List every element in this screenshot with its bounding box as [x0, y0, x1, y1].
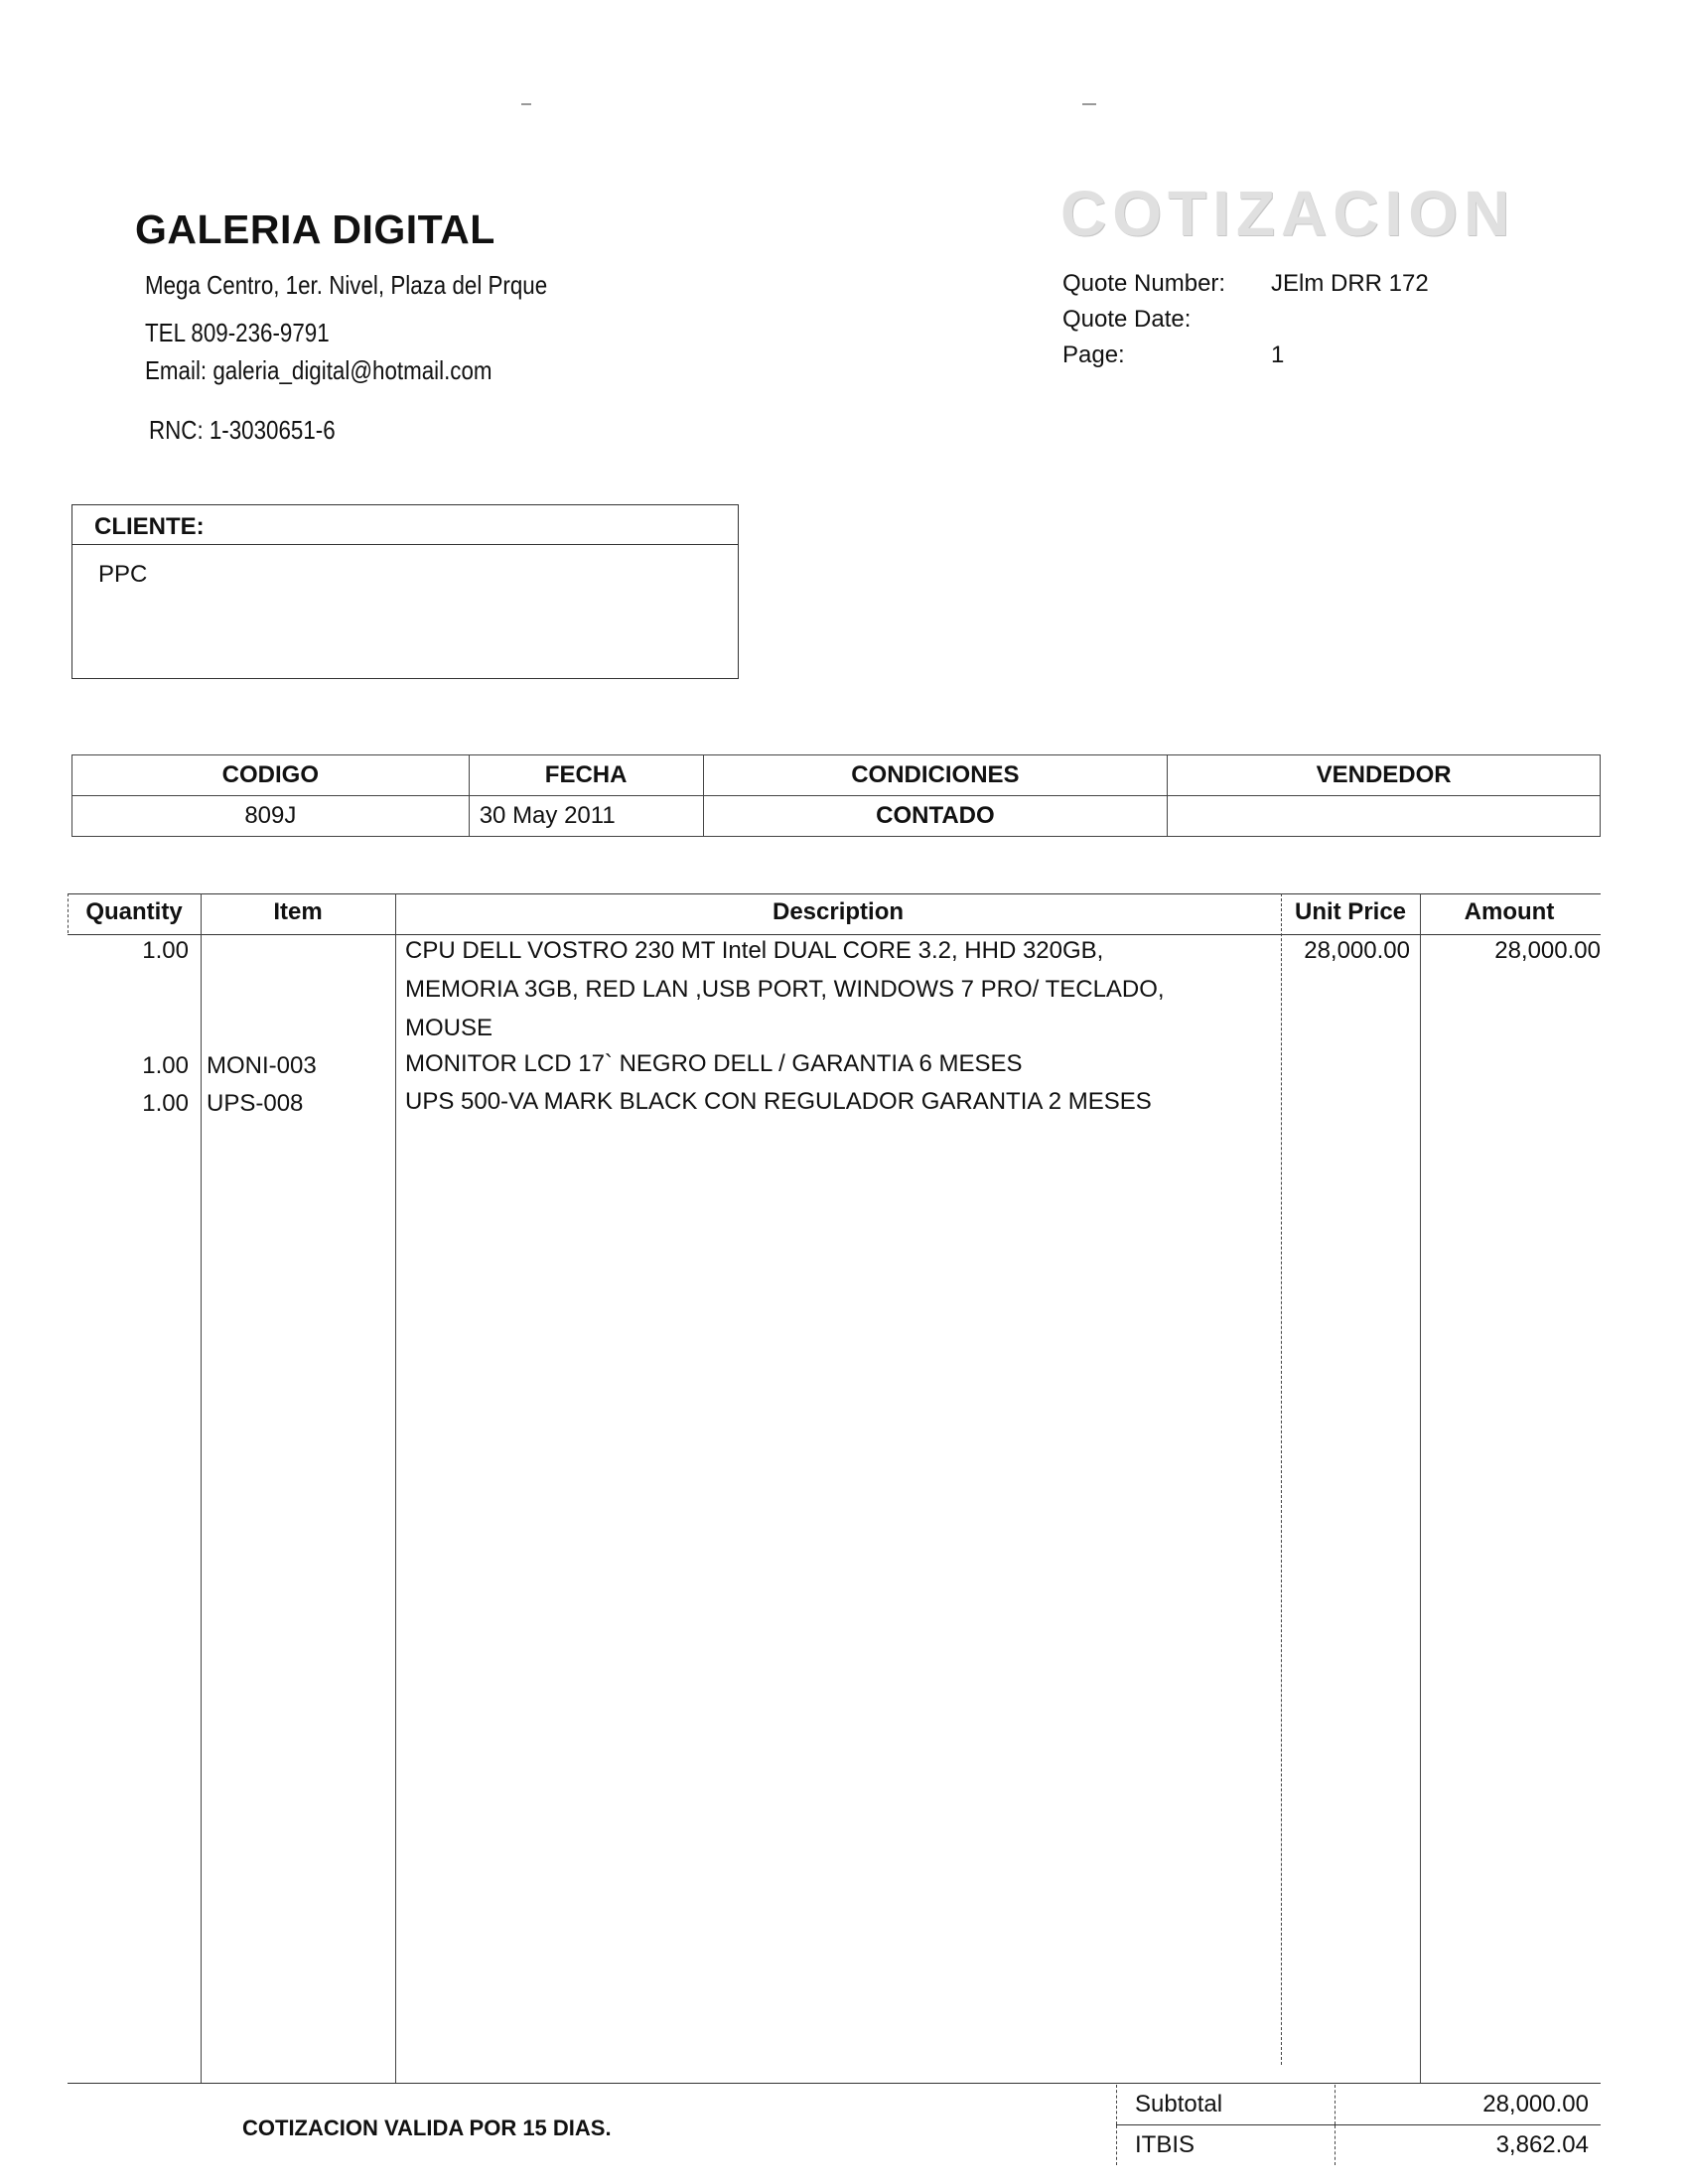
page-label: Page:: [1062, 341, 1271, 369]
row-1-unit-price: 28,000.00: [1285, 937, 1410, 965]
quote-number-value: JElm DRR 172: [1271, 270, 1429, 297]
items-table: Quantity Item Description Unit Price Amo…: [68, 893, 1601, 2085]
company-phone: TEL 809-236-9791: [145, 318, 330, 348]
company-address: Mega Centro, 1er. Nivel, Plaza del Prque: [145, 270, 547, 301]
scan-artifact: [1082, 103, 1096, 105]
totals-table: Subtotal 28,000.00 ITBIS 3,862.04: [1116, 2085, 1601, 2165]
row-3-item: UPS-008: [207, 1090, 303, 1118]
header-description: Description: [395, 898, 1281, 926]
fecha-value: 30 May 2011: [469, 796, 703, 837]
client-name: PPC: [72, 545, 738, 589]
quote-number-label: Quote Number:: [1062, 270, 1271, 298]
tax-label: ITBIS: [1117, 2125, 1336, 2166]
page-value: 1: [1271, 341, 1284, 368]
client-box: CLIENTE: PPC: [71, 504, 739, 679]
header-unit-price: Unit Price: [1281, 898, 1420, 926]
header-quantity: Quantity: [68, 898, 201, 926]
quote-date-row: Quote Date:: [1062, 306, 1271, 334]
tax-value: 3,862.04: [1336, 2125, 1602, 2166]
subtotal-value: 28,000.00: [1336, 2085, 1602, 2125]
column-divider: [201, 893, 202, 2083]
row-2-description: MONITOR LCD 17` NEGRO DELL / GARANTIA 6 …: [405, 1050, 1022, 1078]
scan-artifact: [521, 103, 531, 105]
document-title: COTIZACION: [1060, 177, 1515, 250]
header-item: Item: [201, 898, 395, 926]
items-bottom-rule: [68, 2083, 1601, 2084]
subtotal-row: Subtotal 28,000.00: [1117, 2085, 1602, 2125]
company-rnc: RNC: 1-3030651-6: [149, 415, 336, 446]
validity-note: COTIZACION VALIDA POR 15 DIAS.: [242, 2116, 612, 2141]
row-1-description-line-2: MEMORIA 3GB, RED LAN ,USB PORT, WINDOWS …: [405, 976, 1165, 1004]
condiciones-value: CONTADO: [703, 796, 1168, 837]
company-email: Email: galeria_digital@hotmail.com: [145, 355, 492, 386]
company-name: GALERIA DIGITAL: [135, 206, 495, 253]
header-condiciones: CONDICIONES: [703, 755, 1168, 796]
info-header-row: CODIGO FECHA CONDICIONES VENDEDOR: [72, 755, 1601, 796]
column-divider: [1281, 893, 1282, 2065]
page-row: Page:1: [1062, 341, 1284, 369]
row-1-amount: 28,000.00: [1424, 937, 1601, 965]
header-codigo: CODIGO: [72, 755, 470, 796]
header-vendedor: VENDEDOR: [1168, 755, 1601, 796]
client-label: CLIENTE:: [72, 505, 738, 545]
column-divider: [1420, 893, 1421, 2083]
vendedor-value: [1168, 796, 1601, 837]
tax-row: ITBIS 3,862.04: [1117, 2125, 1602, 2166]
row-1-description-line-3: MOUSE: [405, 1015, 492, 1042]
row-3-quantity: 1.00: [68, 1090, 189, 1118]
row-3-description: UPS 500-VA MARK BLACK CON REGULADOR GARA…: [405, 1088, 1152, 1116]
info-value-row: 809J 30 May 2011 CONTADO: [72, 796, 1601, 837]
header-fecha: FECHA: [469, 755, 703, 796]
codigo-value: 809J: [72, 796, 470, 837]
info-table: CODIGO FECHA CONDICIONES VENDEDOR 809J 3…: [71, 754, 1601, 837]
column-divider: [395, 893, 396, 2083]
row-1-quantity: 1.00: [68, 937, 189, 965]
subtotal-label: Subtotal: [1117, 2085, 1336, 2125]
quote-number-row: Quote Number:JElm DRR 172: [1062, 270, 1429, 298]
quote-date-label: Quote Date:: [1062, 306, 1271, 334]
header-amount: Amount: [1420, 898, 1599, 926]
row-2-item: MONI-003: [207, 1052, 317, 1080]
row-2-quantity: 1.00: [68, 1052, 189, 1080]
row-1-description-line-1: CPU DELL VOSTRO 230 MT Intel DUAL CORE 3…: [405, 937, 1103, 965]
